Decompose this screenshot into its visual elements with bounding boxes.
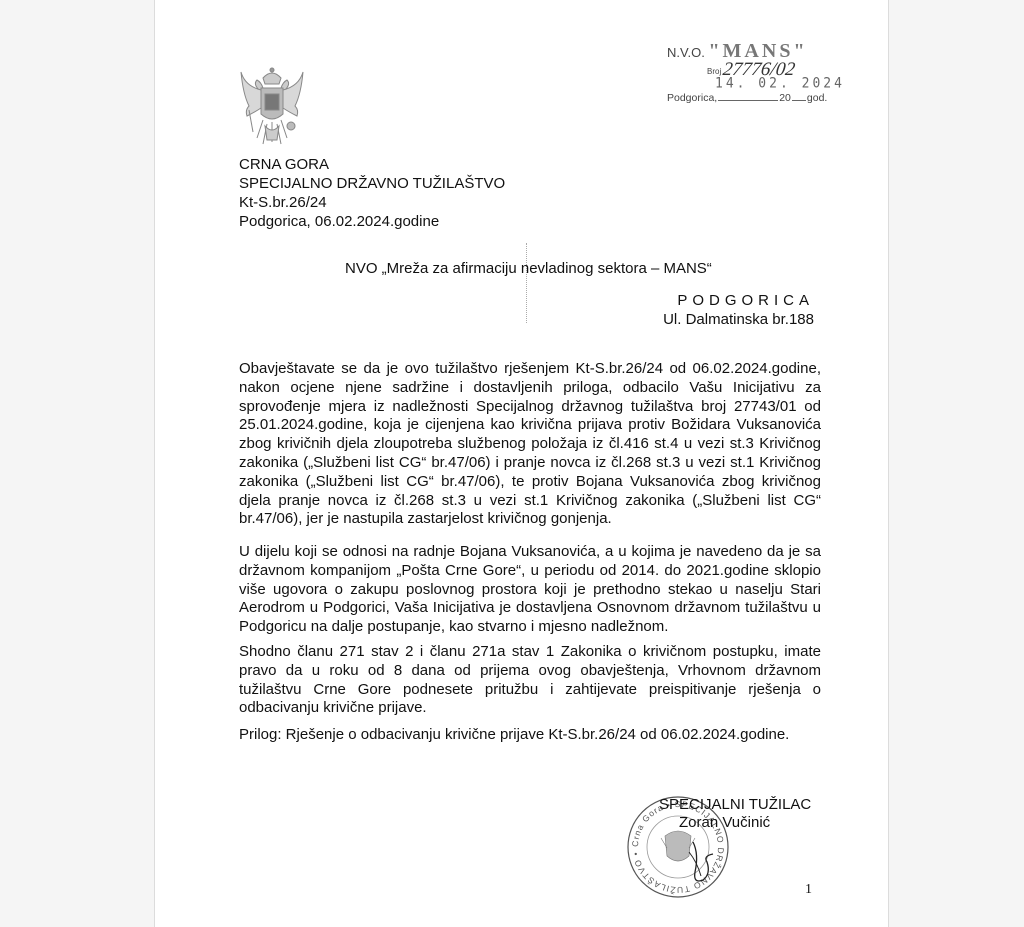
body-paragraph: Shodno članu 271 stav 2 i članu 271a sta… xyxy=(239,643,821,718)
paragraph-text: Prilog: Rješenje o odbacivanju krivične … xyxy=(239,726,821,745)
sender-header: CRNA GORA SPECIJALNO DRŽAVNO TUŽILAŠTVO … xyxy=(239,155,505,231)
paragraph-text: Obavještavate se da je ovo tužilaštvo rj… xyxy=(239,360,821,529)
body-paragraph: Obavještavate se da je ovo tužilaštvo rj… xyxy=(239,360,821,529)
stamp-date: 14. 02. 2024 xyxy=(715,75,845,92)
attachment-line: Prilog: Rješenje o odbacivanju krivične … xyxy=(239,726,821,745)
stamp-year-suffix: god. xyxy=(807,92,827,104)
body-paragraph: U dijelu koji se odnosi na radnje Bojana… xyxy=(239,543,821,637)
montenegro-coat-of-arms-icon xyxy=(239,64,305,156)
recipient-street: Ul. Dalmatinska br.188 xyxy=(663,311,814,328)
document-page: N.V.O. "MANS" Broj 27776/02 14. 02. 2024… xyxy=(154,0,889,927)
received-stamp: N.V.O. "MANS" Broj 27776/02 14. 02. 2024… xyxy=(667,40,847,110)
recipient-city: PODGORICA xyxy=(677,292,814,309)
stamp-org-prefix: N.V.O. xyxy=(667,45,705,60)
institution-name: SPECIJALNO DRŽAVNO TUŽILAŠTVO xyxy=(239,174,505,193)
stamp-place-line: Podgorica,20god. xyxy=(667,92,827,104)
stamp-place-label: Podgorica, xyxy=(667,92,717,104)
stamp-year-prefix: 20 xyxy=(779,92,791,104)
signatory-title: SPECIJALNI TUŽILAC xyxy=(659,796,811,813)
paragraph-text: Shodno članu 271 stav 2 i članu 271a sta… xyxy=(239,643,821,718)
signatory-name: Zoran Vučinić xyxy=(679,814,770,831)
place-date: Podgorica, 06.02.2024.godine xyxy=(239,212,505,231)
scan-artifact xyxy=(526,243,527,323)
case-number: Kt-S.br.26/24 xyxy=(239,193,505,212)
paragraph-text: U dijelu koji se odnosi na radnje Bojana… xyxy=(239,543,821,637)
country-name: CRNA GORA xyxy=(239,155,505,174)
page-number: 1 xyxy=(805,882,812,898)
recipient-name: NVO „Mreža za afirmaciju nevladinog sekt… xyxy=(345,260,712,277)
